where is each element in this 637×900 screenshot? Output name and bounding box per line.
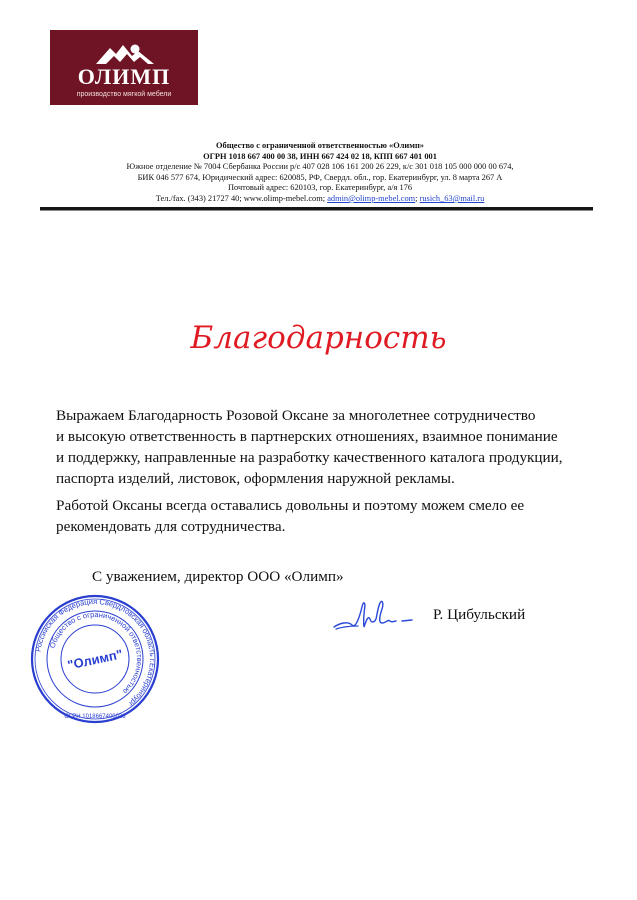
bank-details: Южное отделение № 7004 Сбербанка России … bbox=[100, 162, 540, 173]
letter-body: Выражаем Благодарность Розовой Оксане за… bbox=[56, 405, 616, 537]
phone-and-website: Тел./fax. (343) 21727 40; www.olimp-mebe… bbox=[156, 194, 325, 203]
body-line: и высокую ответственность в партнерских … bbox=[56, 428, 558, 445]
stamp-ogrn: ОГРН 1018667400038 bbox=[64, 714, 126, 720]
logo-tagline: производство мягкой мебели bbox=[50, 91, 198, 99]
paragraph-gratitude: Выражаем Благодарность Розовой Оксане за… bbox=[56, 405, 616, 489]
body-line: Выражаем Благодарность Розовой Оксане за… bbox=[56, 407, 535, 424]
stamp-center-text: "Олимп" bbox=[66, 646, 124, 672]
body-line: и поддержку, направленные на разработку … bbox=[56, 449, 563, 466]
company-logo: ОЛИМП производство мягкой мебели bbox=[50, 30, 198, 105]
postal-address: Почтовый адрес: 620103, гор. Екатеринбур… bbox=[100, 183, 540, 194]
email-separator: ; bbox=[415, 194, 417, 203]
signer-name: Р. Цибульский bbox=[433, 605, 525, 625]
body-line: паспорта изделий, листовок, оформления н… bbox=[56, 470, 455, 487]
logo-name: ОЛИМП bbox=[50, 66, 198, 88]
contacts-line: Тел./fax. (343) 21727 40; www.olimp-mebe… bbox=[100, 194, 540, 205]
mountains-icon bbox=[96, 42, 154, 64]
email-link-admin[interactable]: admin@olimp-mebel.com bbox=[327, 194, 415, 203]
document-title: Благодарность bbox=[0, 318, 637, 358]
body-line: рекомендовать для сотрудничества. bbox=[56, 518, 285, 535]
signature-icon bbox=[330, 597, 420, 633]
closing-line: С уважением, директор ООО «Олимп» bbox=[92, 567, 344, 587]
company-stamp-icon: Российская Федерация Свердловская област… bbox=[28, 592, 162, 726]
email-link-rusich[interactable]: rusich_63@mail.ru bbox=[420, 194, 485, 203]
legal-address: БИК 046 577 674, Юридический адрес: 6200… bbox=[100, 173, 540, 184]
letterhead-divider bbox=[40, 207, 593, 211]
letterhead-requisites: Общество с ограниченной ответственностью… bbox=[100, 141, 540, 205]
registration-numbers: ОГРН 1018 667 400 00 38, ИНН 667 424 02 … bbox=[100, 152, 540, 163]
body-line: Работой Оксаны всегда оставались довольн… bbox=[56, 497, 524, 514]
paragraph-recommendation: Работой Оксаны всегда оставались довольн… bbox=[56, 495, 616, 537]
company-full-name: Общество с ограниченной ответственностью… bbox=[100, 141, 540, 152]
